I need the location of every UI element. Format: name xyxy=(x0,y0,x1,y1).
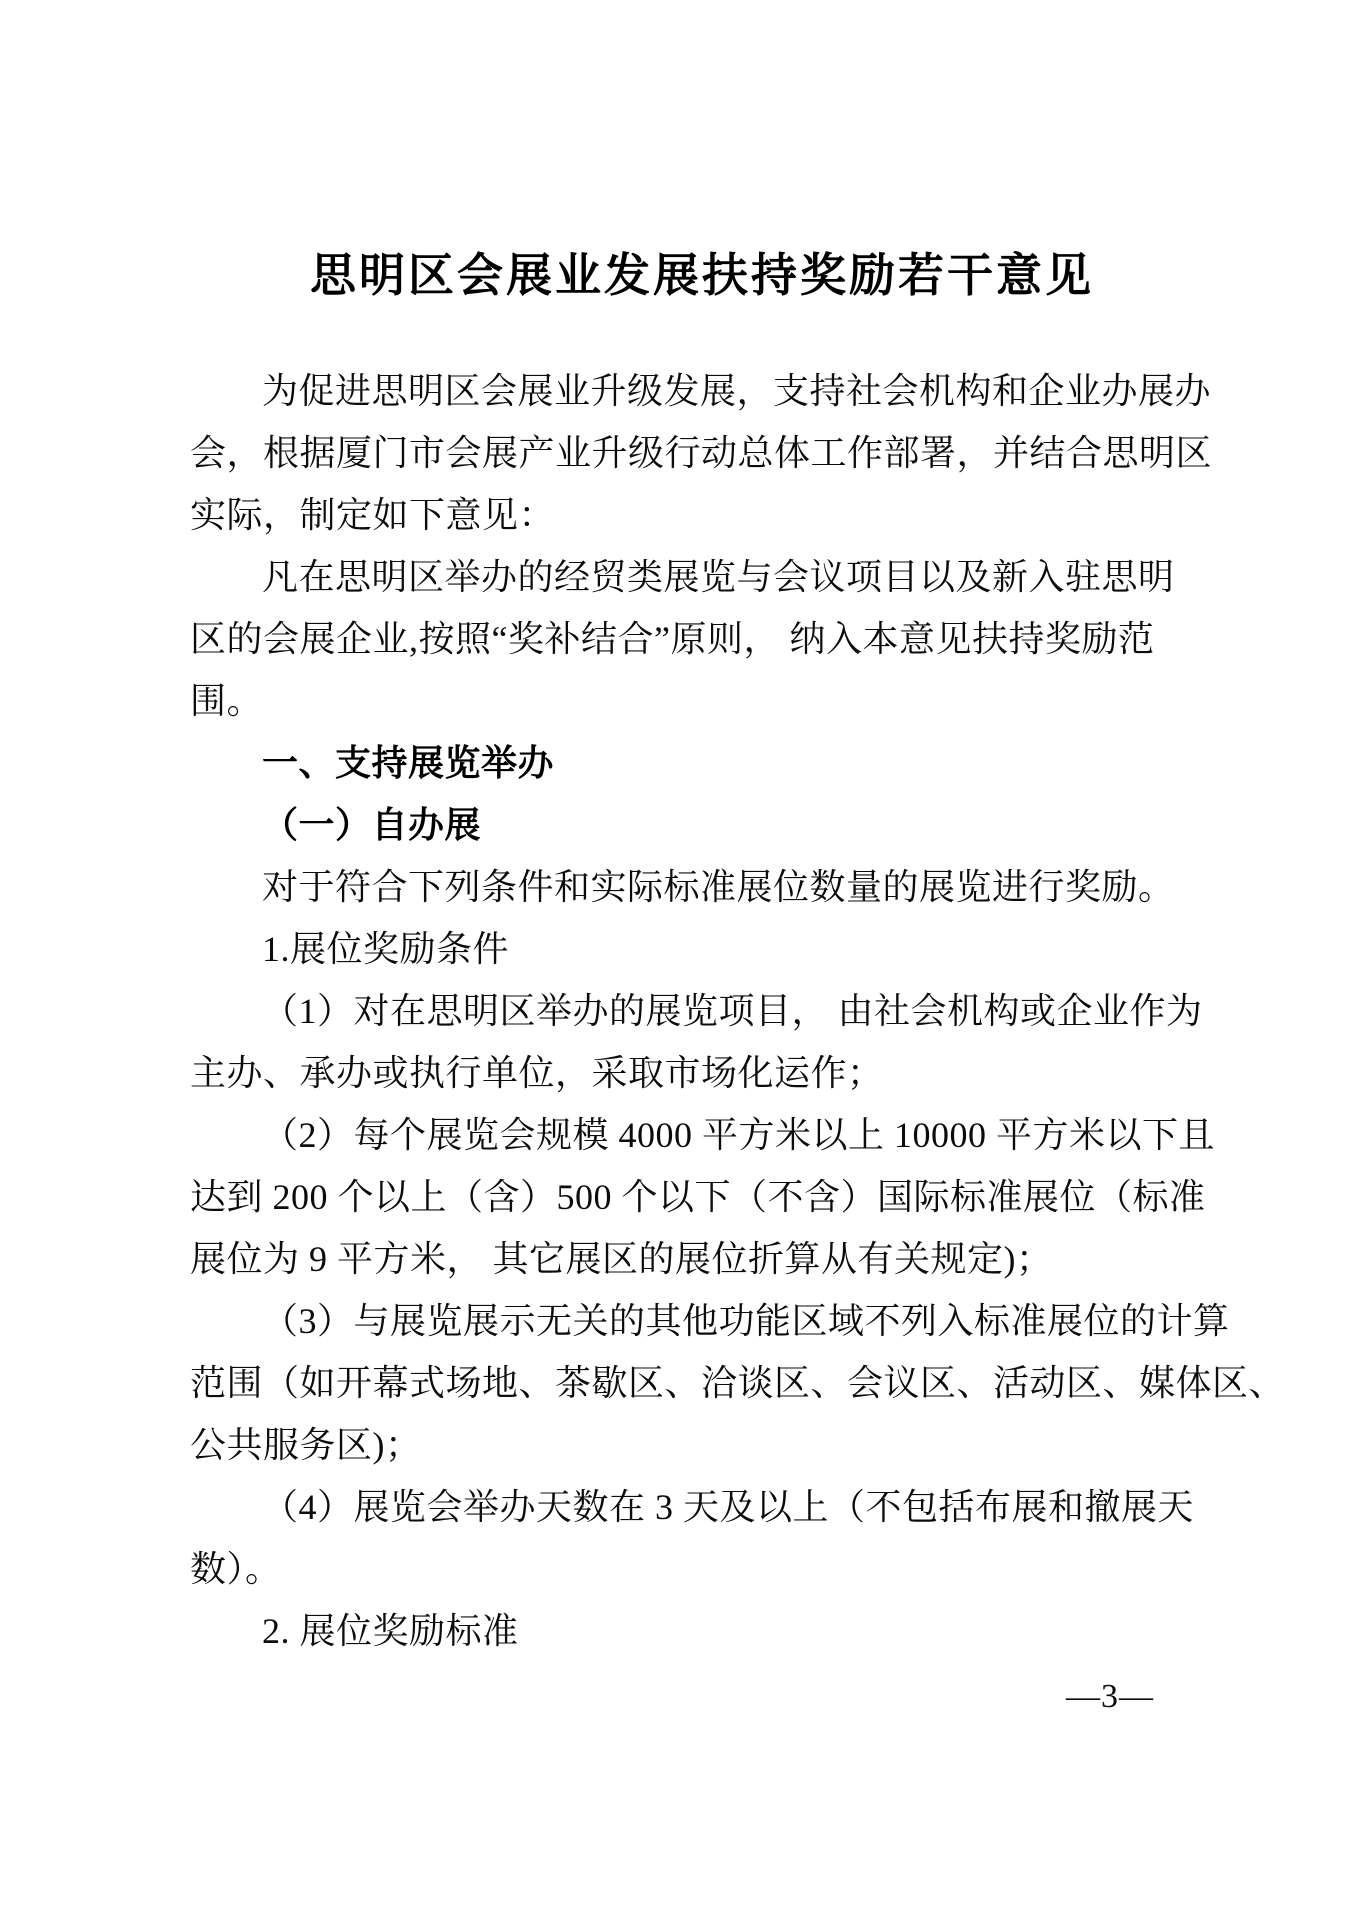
document-body: 思明区会展业发展扶持奖励若干意见 为促进思明区会展业升级发展，支持社会机构和企业… xyxy=(190,240,1214,1662)
text-line: 展位为 9 平方米， 其它展区的展位折算从有关规定)； xyxy=(190,1228,1214,1290)
text-line: 一、支持展览举办 xyxy=(190,732,1214,794)
text-line: 会，根据厦门市会展产业升级行动总体工作部署，并结合思明区 xyxy=(190,422,1214,484)
page-number: —3— xyxy=(1066,1672,1154,1722)
text-line: 公共服务区)； xyxy=(190,1414,1214,1476)
text-line: （4）展览会举办天数在 3 天及以上（不包括布展和撤展天 xyxy=(190,1476,1214,1538)
document-page: 思明区会展业发展扶持奖励若干意见 为促进思明区会展业升级发展，支持社会机构和企业… xyxy=(0,0,1364,1929)
text-line: 实际，制定如下意见： xyxy=(190,484,1214,546)
text-line: 区的会展企业,按照“奖补结合”原则， 纳入本意见扶持奖励范 xyxy=(190,608,1214,670)
text-line: 主办、承办或执行单位，采取市场化运作； xyxy=(190,1042,1214,1104)
text-line: （2）每个展览会规模 4000 平方米以上 10000 平方米以下且 xyxy=(190,1104,1214,1166)
text-line: 达到 200 个以上（含）500 个以下（不含）国际标准展位（标准 xyxy=(190,1166,1214,1228)
text-line: 范围（如开幕式场地、茶歇区、洽谈区、会议区、活动区、媒体区、 xyxy=(190,1352,1214,1414)
text-line: 对于符合下列条件和实际标准展位数量的展览进行奖励。 xyxy=(190,856,1214,918)
text-line: （一）自办展 xyxy=(190,794,1214,856)
text-line: 数）。 xyxy=(190,1538,1214,1600)
document-title: 思明区会展业发展扶持奖励若干意见 xyxy=(190,240,1214,310)
text-line: 为促进思明区会展业升级发展，支持社会机构和企业办展办 xyxy=(190,360,1214,422)
text-line: （3）与展览展示无关的其他功能区域不列入标准展位的计算 xyxy=(190,1290,1214,1352)
text-line: （1）对在思明区举办的展览项目， 由社会机构或企业作为 xyxy=(190,980,1214,1042)
text-line: 凡在思明区举办的经贸类展览与会议项目以及新入驻思明 xyxy=(190,546,1214,608)
document-text: 为促进思明区会展业升级发展，支持社会机构和企业办展办会，根据厦门市会展产业升级行… xyxy=(190,360,1214,1662)
text-line: 2. 展位奖励标准 xyxy=(190,1600,1214,1662)
text-line: 1.展位奖励条件 xyxy=(190,918,1214,980)
text-line: 围。 xyxy=(190,670,1214,732)
